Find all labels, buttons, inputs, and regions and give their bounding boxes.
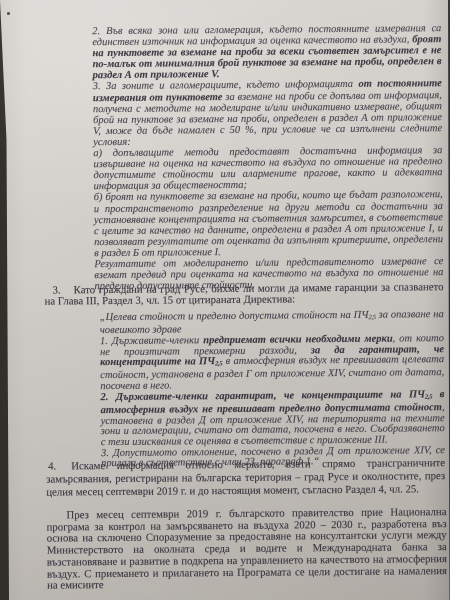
quote1-subitem-b: б) броят на пунктовете за вземане на про… xyxy=(94,190,444,260)
item-number: 3. xyxy=(52,284,60,296)
closing-paragraph: През месец септември 2019 г. българското… xyxy=(46,507,447,592)
quote1-paragraph-2: 2. Във всяка зона или агломерация, къдет… xyxy=(92,23,441,82)
quoted-directive-excerpt-1: 2. Във всяка зона или агломерация, къдет… xyxy=(92,23,443,292)
list-item-4: 4.Искаме информация относно мерките, взе… xyxy=(46,457,445,500)
text-run-bold: 2. Държавите-членки гарантират, че конце… xyxy=(100,389,425,403)
document-content: 2. Във всяка зона или агломерация, къдет… xyxy=(0,0,450,600)
text-run: „Целева стойност и пределно допустима ст… xyxy=(100,310,369,323)
list-item-3-text: 3.Като граждани на град Русе, бихме ли м… xyxy=(44,282,443,308)
text-run: Като граждани на град Русе, бихме ли мог… xyxy=(45,281,444,308)
text-run: 2. Във всяка зона или агломерация, къдет… xyxy=(92,23,441,48)
photo-background: 2. Във всяка зона или агломерация, къдет… xyxy=(0,0,450,600)
list-item-4-text: 4.Искаме информация относно мерките, взе… xyxy=(46,457,445,500)
closing-paragraph-text: През месец септември 2019 г. българското… xyxy=(46,507,447,592)
quote2-paragraph-1: 1. Държавите-членки предприемат всички н… xyxy=(100,334,444,393)
quote1-paragraph-3: 3. За зоните и агломерациите, където инф… xyxy=(93,79,443,149)
text-run: През месец септември 2019 г. българското… xyxy=(47,506,447,592)
text-run: Искаме информация относно мерките, взети… xyxy=(46,457,445,499)
quote1-subitem-a: а) допълващите методи предоставят достат… xyxy=(93,145,442,192)
list-item-3: 3.Като граждани на град Русе, бихме ли м… xyxy=(44,282,443,308)
subscript-pm25: 2,5 xyxy=(368,314,375,321)
quote2-paragraph-2: 2. Държавите-членки гарантират, че конце… xyxy=(100,390,444,449)
item-number: 4. xyxy=(48,460,56,472)
subscript-pm25: 2,5 xyxy=(425,393,432,400)
quoted-directive-excerpt-2: „Целева стойност и пределно допустима ст… xyxy=(100,310,445,470)
text-run: б) броят на пунктовете за вземане на про… xyxy=(94,190,443,260)
text-run: а) допълващите методи предоставят достат… xyxy=(93,145,442,192)
